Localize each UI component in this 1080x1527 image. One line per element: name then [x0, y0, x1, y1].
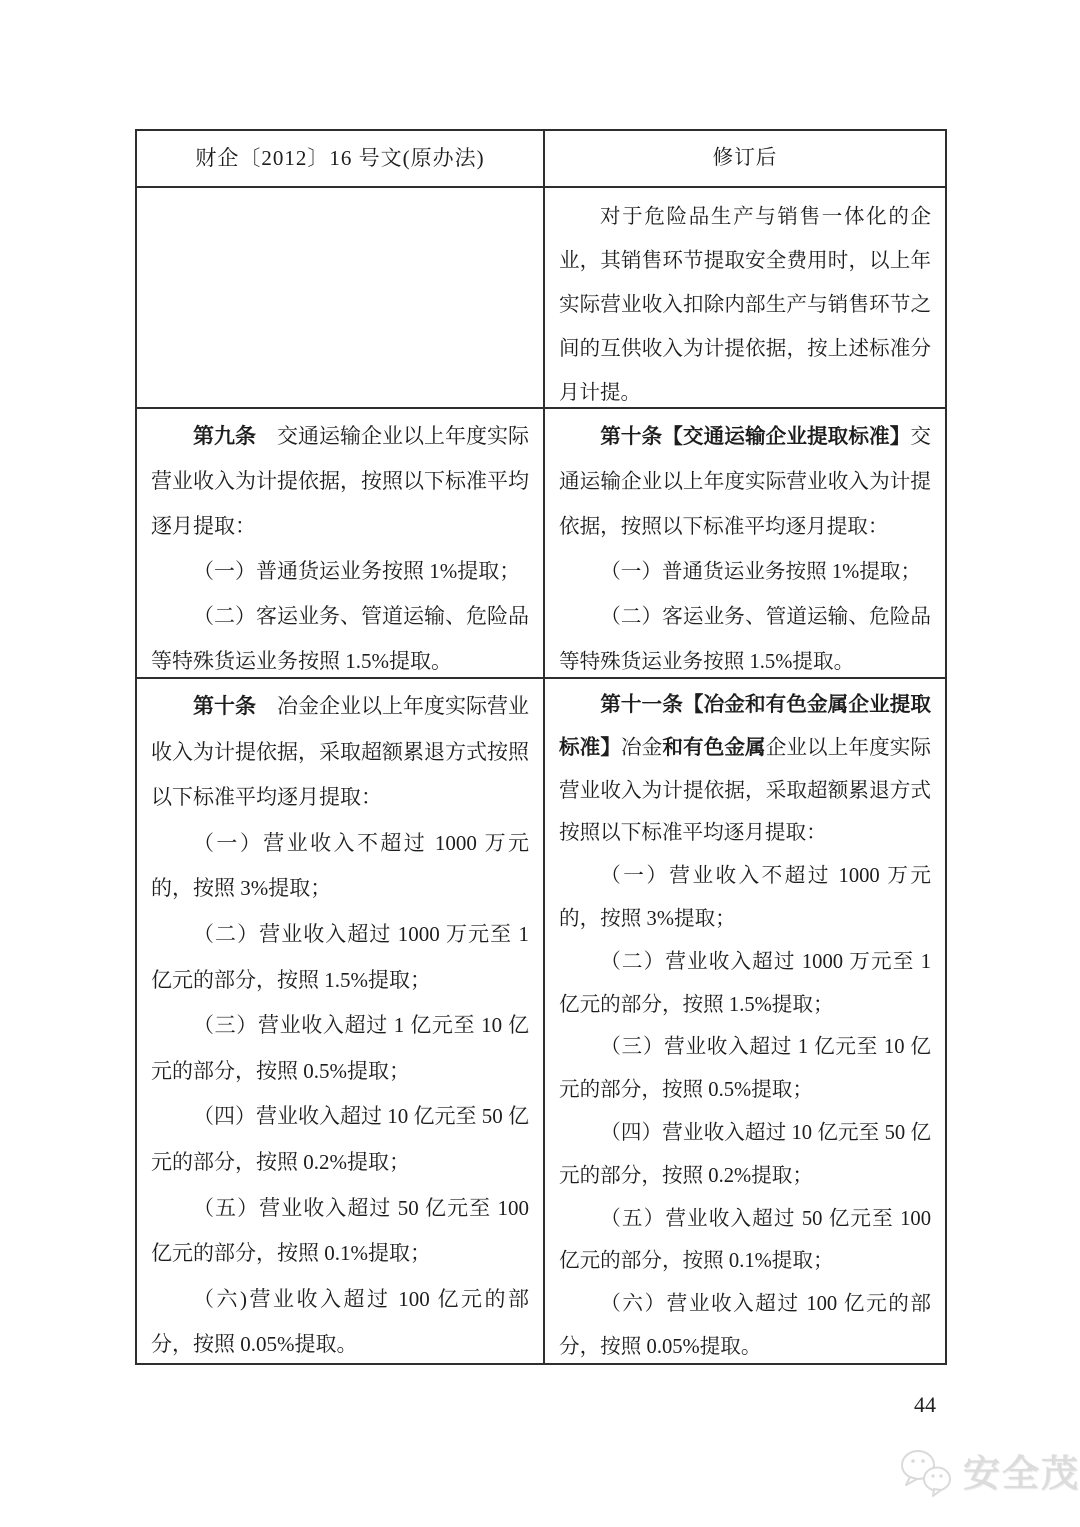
- paragraph: （二）客运业务、管道运输、危险品等特殊货运业务按照 1.5%提取。: [559, 595, 931, 679]
- paragraph: （二）营业收入超过 1000 万元至 1 亿元的部分，按照 1.5%提取；: [151, 912, 529, 1003]
- text-run: （二）营业收入超过 1000 万元至 1 亿元的部分，按照 1.5%提取；: [151, 922, 529, 992]
- table-row-2: 第十条 冶金企业以上年度实际营业收入为计提依据，采取超额累退方式按照以下标准平均…: [137, 679, 945, 1363]
- text-run: 冶金: [621, 737, 662, 759]
- text-run: （五）营业收入超过 50 亿元至 100 亿元的部分，按照 0.1%提取；: [559, 1208, 931, 1273]
- text-run: （一）营业收入不超过 1000 万元的，按照 3%提取；: [151, 831, 529, 901]
- bold-text-run: 和有色金属: [662, 736, 765, 759]
- comparison-table: 财企〔2012〕16 号文(原办法) 修订后 对于危险品生产与销售一体化的企业，…: [135, 129, 947, 1365]
- text-run: （四）营业收入超过 10 亿元至 50 亿元的部分，按照 0.2%提取；: [559, 1122, 931, 1187]
- paragraph: （六）营业收入超过 100 亿元的部分，按照 0.05%提取。: [559, 1283, 931, 1363]
- paragraph: （一）普通货运业务按照 1%提取；: [559, 550, 931, 595]
- table-row-0: 对于危险品生产与销售一体化的企业，其销售环节提取安全费用时，以上年实际营业收入扣…: [137, 188, 945, 409]
- header-cell-revised: 修订后: [545, 131, 945, 188]
- text-run: （五）营业收入超过 50 亿元至 100 亿元的部分，按照 0.1%提取；: [151, 1196, 529, 1266]
- paragraph: （五）营业收入超过 50 亿元至 100 亿元的部分，按照 0.1%提取；: [559, 1198, 931, 1284]
- paragraph: 对于危险品生产与销售一体化的企业，其销售环节提取安全费用时，以上年实际营业收入扣…: [559, 195, 931, 409]
- paragraph: （二）客运业务、管道运输、危险品等特殊货运业务按照 1.5%提取。: [151, 594, 529, 679]
- page-number: 44: [914, 1392, 936, 1418]
- paragraph: （一）营业收入不超过 1000 万元的，按照 3%提取；: [151, 821, 529, 912]
- cell-original-row-1: 第九条 交通运输企业以上年度实际营业收入为计提依据，按照以下标准平均逐月提取：（…: [137, 409, 545, 679]
- text-run: （二）客运业务、管道运输、危险品等特殊货运业务按照 1.5%提取。: [151, 604, 529, 673]
- paragraph: （一）营业收入不超过 1000 万元的，按照 3%提取；: [559, 855, 931, 941]
- paragraph: （六)营业收入超过 100 亿元的部分，按照 0.05%提取。: [151, 1277, 529, 1363]
- paragraph: （五）营业收入超过 50 亿元至 100 亿元的部分，按照 0.1%提取；: [151, 1186, 529, 1277]
- bold-text-run: 第九条: [193, 425, 256, 448]
- text-run: （一）普通货运业务按照 1%提取；: [193, 559, 520, 583]
- cell-original-row-2: 第十条 冶金企业以上年度实际营业收入为计提依据，采取超额累退方式按照以下标准平均…: [137, 679, 545, 1363]
- text-run: （三）营业收入超过 1 亿元至 10 亿元的部分，按照 0.5%提取；: [559, 1036, 931, 1101]
- text-run: 对于危险品生产与销售一体化的企业，其销售环节提取安全费用时，以上年实际营业收入扣…: [559, 205, 931, 404]
- bold-text-run: 第十条: [193, 695, 256, 718]
- wechat-bubbles-icon: [896, 1446, 958, 1500]
- text-run: （二）营业收入超过 1000 万元至 1 亿元的部分，按照 1.5%提取；: [559, 951, 931, 1016]
- table-body: 对于危险品生产与销售一体化的企业，其销售环节提取安全费用时，以上年实际营业收入扣…: [137, 188, 945, 1363]
- text-run: （四）营业收入超过 10 亿元至 50 亿元的部分，按照 0.2%提取；: [151, 1104, 529, 1174]
- cell-original-row-0: [137, 188, 545, 409]
- paragraph: 第九条 交通运输企业以上年度实际营业收入为计提依据，按照以下标准平均逐月提取：: [151, 414, 529, 549]
- text-run: （六）营业收入超过 100 亿元的部分，按照 0.05%提取。: [559, 1293, 931, 1358]
- document-page: 财企〔2012〕16 号文(原办法) 修订后 对于危险品生产与销售一体化的企业，…: [0, 0, 1080, 1527]
- paragraph: 第十条 冶金企业以上年度实际营业收入为计提依据，采取超额累退方式按照以下标准平均…: [151, 684, 529, 821]
- bold-text-run: 第十条【交通运输企业提取标准】: [600, 425, 910, 448]
- text-run: （二）客运业务、管道运输、危险品等特殊货运业务按照 1.5%提取。: [559, 606, 931, 673]
- cell-revised-row-0: 对于危险品生产与销售一体化的企业，其销售环节提取安全费用时，以上年实际营业收入扣…: [545, 188, 945, 409]
- text-run: （一）营业收入不超过 1000 万元的，按照 3%提取；: [559, 865, 931, 930]
- cell-revised-row-2: 第十一条【冶金和有色金属企业提取标准】冶金和有色金属企业以上年度实际营业收入为计…: [545, 679, 945, 1363]
- text-run: （三）营业收入超过 1 亿元至 10 亿元的部分，按照 0.5%提取；: [151, 1013, 529, 1083]
- paragraph: 第十一条【冶金和有色金属企业提取标准】冶金和有色金属企业以上年度实际营业收入为计…: [559, 684, 931, 855]
- watermark: 安全茂: [896, 1446, 1080, 1500]
- table-header-row: 财企〔2012〕16 号文(原办法) 修订后: [137, 131, 945, 188]
- paragraph: 第十条【交通运输企业提取标准】交通运输企业以上年度实际营业收入为计提依据，按照以…: [559, 414, 931, 550]
- watermark-text: 安全茂: [963, 1455, 1080, 1492]
- table-row-1: 第九条 交通运输企业以上年度实际营业收入为计提依据，按照以下标准平均逐月提取：（…: [137, 409, 945, 679]
- text-run: （六)营业收入超过 100 亿元的部分，按照 0.05%提取。: [151, 1287, 529, 1357]
- paragraph: （一）普通货运业务按照 1%提取；: [151, 549, 529, 594]
- paragraph: （三）营业收入超过 1 亿元至 10 亿元的部分，按照 0.5%提取；: [151, 1003, 529, 1094]
- cell-revised-row-1: 第十条【交通运输企业提取标准】交通运输企业以上年度实际营业收入为计提依据，按照以…: [545, 409, 945, 679]
- header-cell-original: 财企〔2012〕16 号文(原办法): [137, 131, 545, 188]
- text-run: （一）普通货运业务按照 1%提取；: [600, 561, 921, 583]
- paragraph: （四）营业收入超过 10 亿元至 50 亿元的部分，按照 0.2%提取；: [559, 1112, 931, 1198]
- paragraph: （二）营业收入超过 1000 万元至 1 亿元的部分，按照 1.5%提取；: [559, 941, 931, 1027]
- paragraph: （四）营业收入超过 10 亿元至 50 亿元的部分，按照 0.2%提取；: [151, 1094, 529, 1185]
- paragraph: （三）营业收入超过 1 亿元至 10 亿元的部分，按照 0.5%提取；: [559, 1026, 931, 1112]
